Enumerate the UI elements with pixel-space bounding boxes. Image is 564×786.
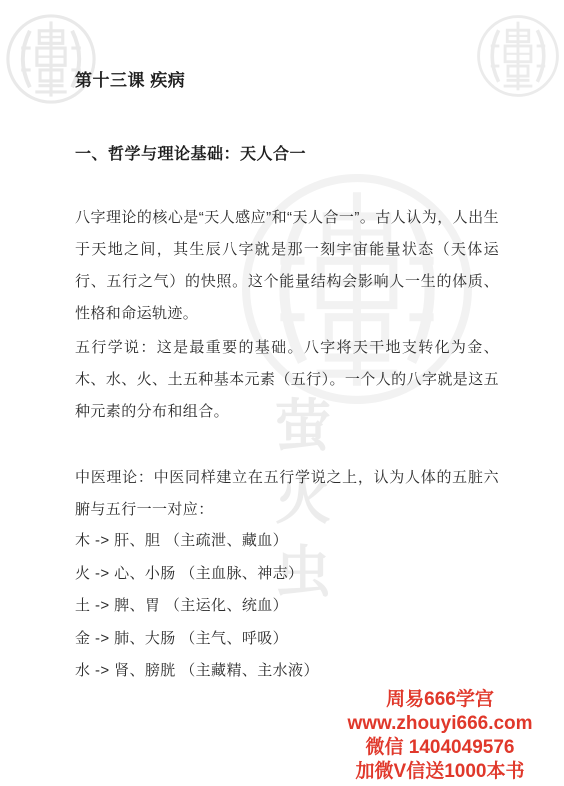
mapping-line-earth: 土 -> 脾、胃 （主运化、统血） xyxy=(75,590,319,623)
paragraph-bazi-core: 八字理论的核心是“天人感应”和“天人合一”。古人认为，人出生于天地之间，其生辰八… xyxy=(75,202,499,330)
promo-watermark: 周易666学宫 www.zhouyi666.com 微信 1404049576 … xyxy=(321,688,559,784)
document-page: 萤火虫 第十三课 疾病 一、哲学与理论基础：天人合一 八字理论的核心是“天人感应… xyxy=(0,0,564,786)
seal-watermark-icon xyxy=(4,12,98,106)
paragraph-tcm-theory: 中医理论：中医同样建立在五行学说之上，认为人体的五脏六腑与五行一一对应： xyxy=(75,462,499,526)
mapping-line-fire: 火 -> 心、小肠 （主血脉、神志） xyxy=(75,558,319,591)
mapping-line-metal: 金 -> 肺、大肠 （主气、呼吸） xyxy=(75,623,319,656)
page-title: 第十三课 疾病 xyxy=(75,66,185,91)
promo-site-name: 周易666学宫 xyxy=(321,688,559,712)
mapping-line-wood: 木 -> 肝、胆 （主疏泄、藏血） xyxy=(75,525,319,558)
section-heading: 一、哲学与理论基础：天人合一 xyxy=(75,141,306,164)
promo-site-url: www.zhouyi666.com xyxy=(321,712,559,736)
paragraph-five-elements: 五行学说：这是最重要的基础。八字将天干地支转化为金、木、水、火、土五种基本元素（… xyxy=(75,332,499,428)
mapping-line-water: 水 -> 肾、膀胱 （主藏精、主水液） xyxy=(75,655,319,688)
element-organ-mapping-list: 木 -> 肝、胆 （主疏泄、藏血） 火 -> 心、小肠 （主血脉、神志） 土 -… xyxy=(75,525,319,688)
seal-watermark-icon xyxy=(475,13,561,99)
promo-offer-text: 加微V信送1000本书 xyxy=(321,760,559,784)
promo-wechat-id: 微信 1404049576 xyxy=(321,736,559,760)
